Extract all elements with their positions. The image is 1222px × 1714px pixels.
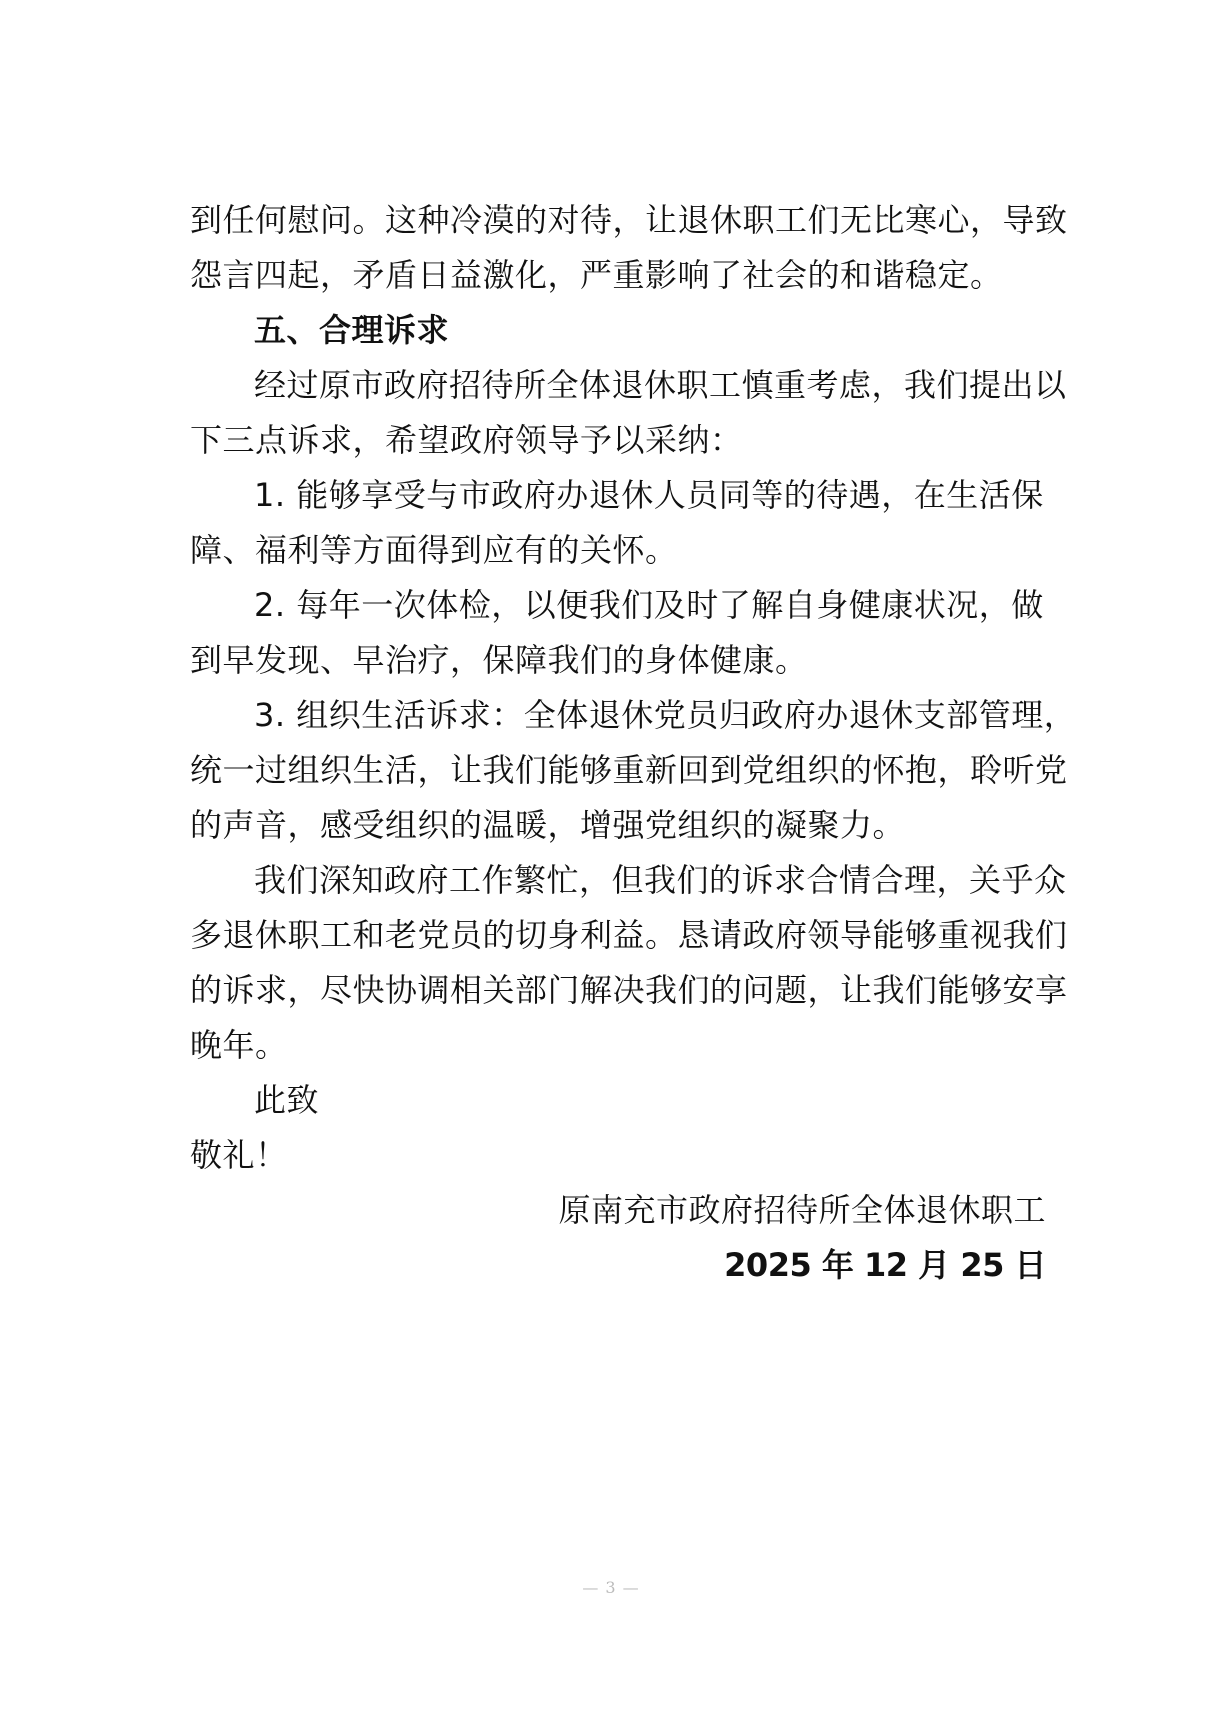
demand-item-2-cont: 到早发现、早治疗，保障我们的身体健康。 [190, 640, 1050, 680]
salutation-cizhi: 此致 [254, 1080, 1114, 1120]
body-text-line: 怨言四起，矛盾日益激化，严重影响了社会的和谐稳定。 [190, 255, 1050, 295]
page-number: — 3 — [0, 1578, 1222, 1597]
demand-item-3-cont: 统一过组织生活，让我们能够重新回到党组织的怀抱，聆听党 [190, 750, 1050, 790]
section-heading: 五、合理诉求 [254, 310, 1114, 350]
conclusion-line: 的诉求，尽快协调相关部门解决我们的问题，让我们能够安享 [190, 970, 1050, 1010]
salutation-jingli: 敬礼！ [190, 1135, 1050, 1175]
demand-item-2: 2. 每年一次体检，以便我们及时了解自身健康状况，做 [254, 585, 1114, 625]
conclusion-line: 多退休职工和老党员的切身利益。恳请政府领导能够重视我们 [190, 915, 1050, 955]
body-text-line: 到任何慰问。这种冷漠的对待，让退休职工们无比寒心，导致 [190, 200, 1050, 240]
document-page: 到任何慰问。这种冷漠的对待，让退休职工们无比寒心，导致 怨言四起，矛盾日益激化，… [0, 0, 1222, 1714]
signature-date: 2025 年 12 月 25 日 [724, 1245, 1046, 1285]
demand-item-1-cont: 障、福利等方面得到应有的关怀。 [190, 530, 1050, 570]
demand-item-3-cont: 的声音，感受组织的温暖，增强党组织的凝聚力。 [190, 805, 1050, 845]
intro-line: 经过原市政府招待所全体退休职工慎重考虑，我们提出以 [254, 365, 1114, 405]
signature: 原南充市政府招待所全体退休职工 [558, 1190, 1046, 1230]
demand-item-1: 1. 能够享受与市政府办退休人员同等的待遇，在生活保 [254, 475, 1114, 515]
conclusion-line: 晚年。 [190, 1025, 1050, 1065]
intro-line: 下三点诉求，希望政府领导予以采纳： [190, 420, 1050, 460]
conclusion-line: 我们深知政府工作繁忙，但我们的诉求合情合理，关乎众 [254, 860, 1114, 900]
demand-item-3: 3. 组织生活诉求：全体退休党员归政府办退休支部管理， [254, 695, 1114, 735]
